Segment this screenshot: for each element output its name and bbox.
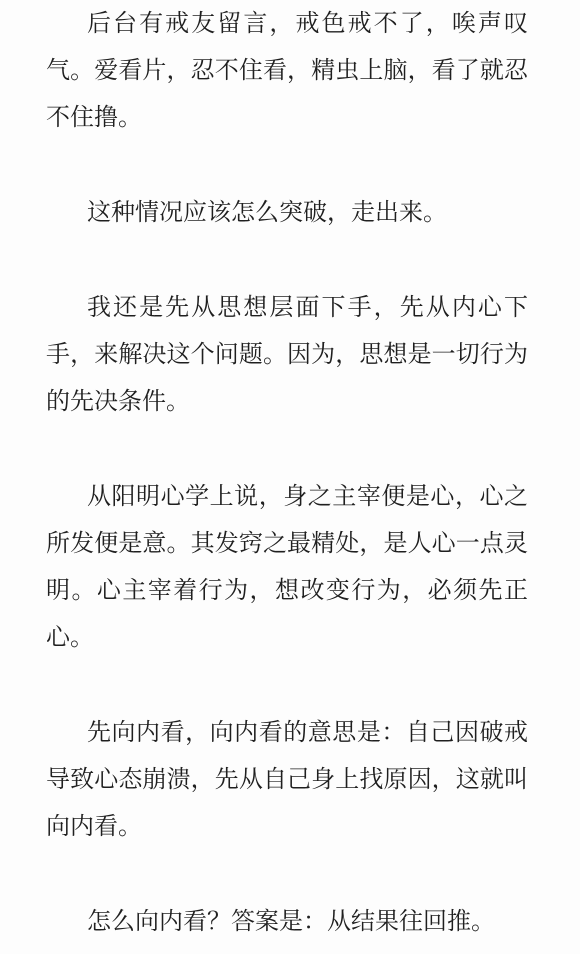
paragraph: 先向内看，向内看的意思是：自己因破戒导致心态崩溃，先从自己身上找原因，这就叫向内… [46, 709, 528, 850]
paragraph: 后台有戒友留言，戒色戒不了，唉声叹气。爱看片，忍不住看，精虫上脑，看了就忍不住撸… [46, 0, 528, 141]
paragraph: 怎么向内看？答案是：从结果往回推。 [46, 898, 528, 945]
paragraph: 从阳明心学上说，身之主宰便是心，心之所发便是意。其发窍之最精处，是人心一点灵明。… [46, 473, 528, 661]
paragraph: 我还是先从思想层面下手，先从内心下手，来解决这个问题。因为，思想是一切行为的先决… [46, 284, 528, 425]
paragraph: 这种情况应该怎么突破，走出来。 [46, 189, 528, 236]
article-body: 后台有戒友留言，戒色戒不了，唉声叹气。爱看片，忍不住看，精虫上脑，看了就忍不住撸… [0, 0, 580, 945]
